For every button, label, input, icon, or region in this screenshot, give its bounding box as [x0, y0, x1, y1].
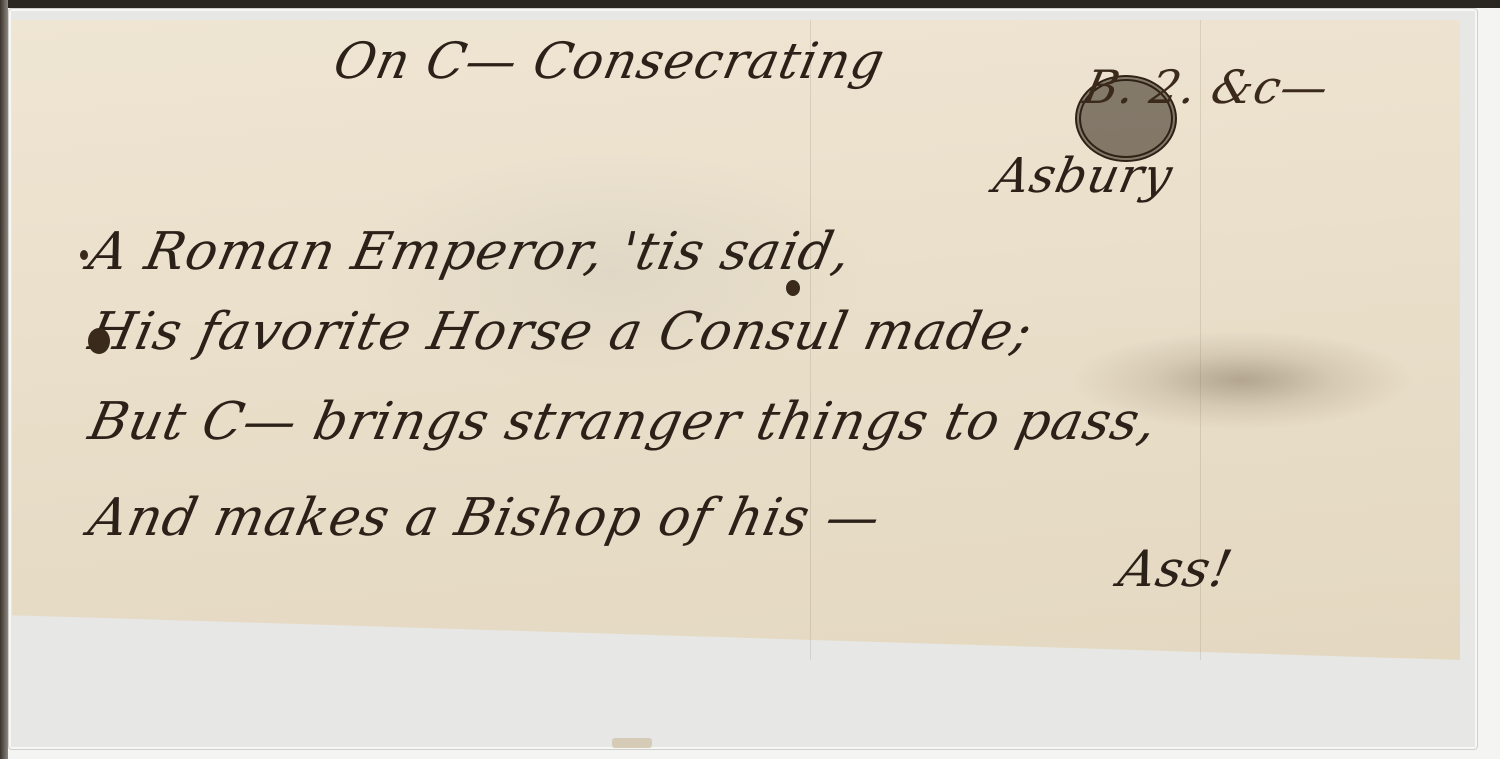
- scanner-edge-left: [0, 0, 8, 759]
- poem-line-4: And makes a Bishop of his —: [84, 488, 887, 548]
- poem-line-2: His favorite Horse a Consul made;: [84, 302, 1038, 362]
- sleeve-debris: [612, 738, 652, 748]
- heading-name: Asbury: [989, 148, 1178, 204]
- poem-closing-word: Ass!: [1114, 540, 1238, 598]
- heading-title: On C— Consecrating: [329, 32, 890, 90]
- heading-struck-annotation: B. 2. &c—: [1079, 60, 1334, 114]
- ink-blot: [786, 280, 800, 296]
- poem-line-3: But C— brings stranger things to pass,: [84, 392, 1163, 452]
- scanner-edge-top: [0, 0, 1500, 8]
- ink-blot: [88, 328, 110, 354]
- ink-blot: [80, 250, 88, 260]
- poem-line-1: A Roman Emperor, 'tis said,: [84, 222, 858, 282]
